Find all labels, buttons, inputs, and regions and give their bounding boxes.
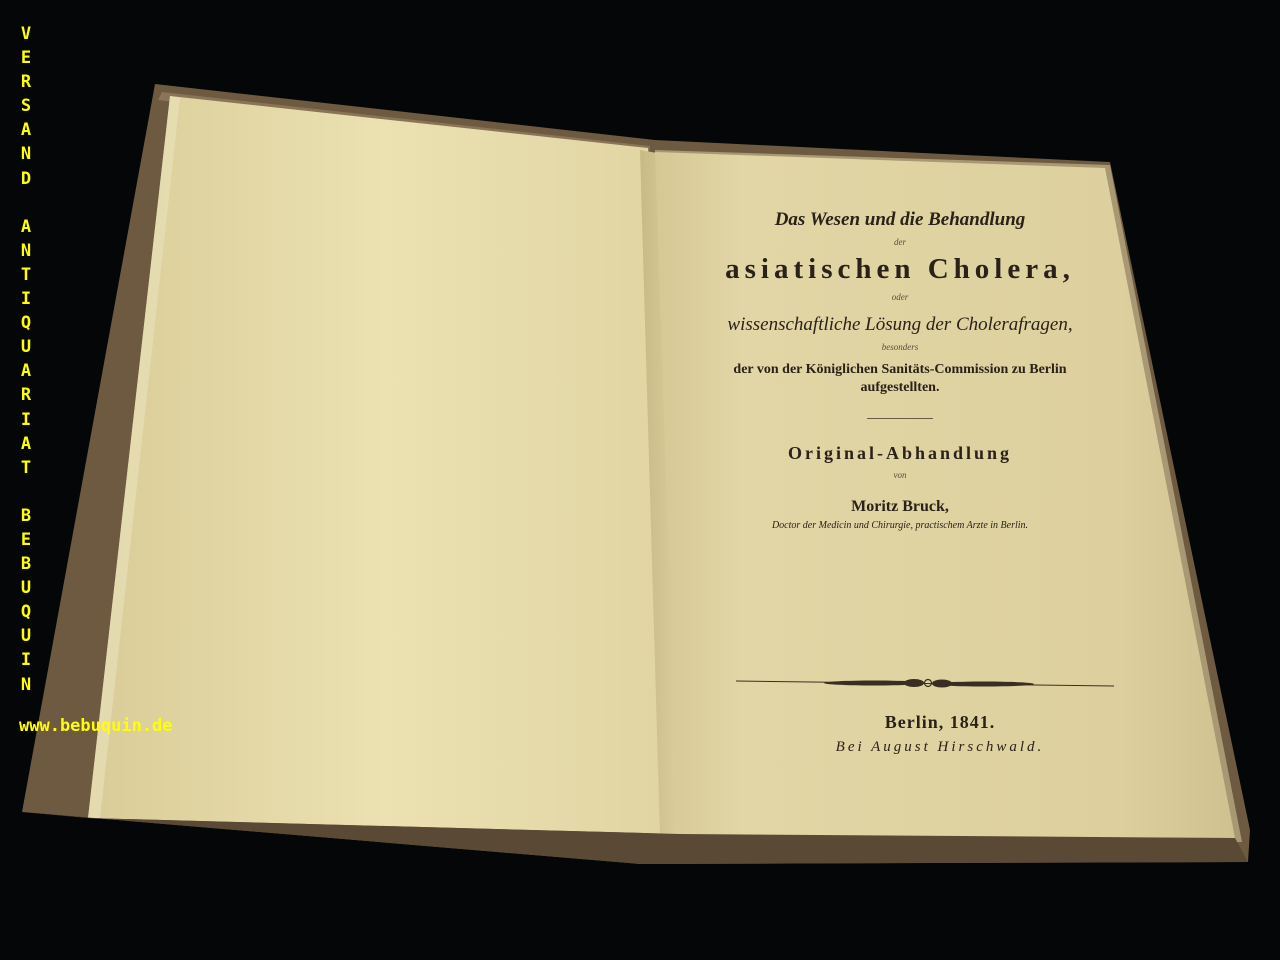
imprint: Berlin, 1841. Bei August Hirschwald. [760,712,1120,756]
ornamental-rule-icon [736,676,1114,690]
subtitle-connector: besonders [680,342,1120,352]
subtitle: wissenschaftliche Lösung der Cholerafrag… [680,314,1120,336]
author-credentials: Doctor der Medicin und Chirurgie, practi… [680,520,1120,531]
watermark-url: www.bebuquin.de [19,716,173,736]
author-name: Moritz Bruck, [680,498,1120,516]
place-year: Berlin, 1841. [760,712,1120,733]
subtitle-line-2: der von der Königlichen Sanitäts-Commiss… [680,362,1120,378]
left-page [88,96,680,834]
title-line-1: Das Wesen und die Behandlung [680,209,1120,231]
publisher: Bei August Hirschwald. [760,739,1120,756]
title-page: Das Wesen und die Behandlung der asiatis… [680,205,1120,531]
title-main: asiatischen Cholera, [680,253,1120,286]
author-connector: von [680,470,1120,480]
short-rule-divider [867,418,933,419]
work-type: Original-Abhandlung [680,443,1120,464]
title-connector-der: der [680,237,1120,247]
watermark-vertical-text: V E R S A N D A N T I Q U A R I A T B E … [18,22,34,697]
title-connector-oder: oder [680,292,1120,302]
subtitle-line-3: aufgestellten. [680,380,1120,396]
